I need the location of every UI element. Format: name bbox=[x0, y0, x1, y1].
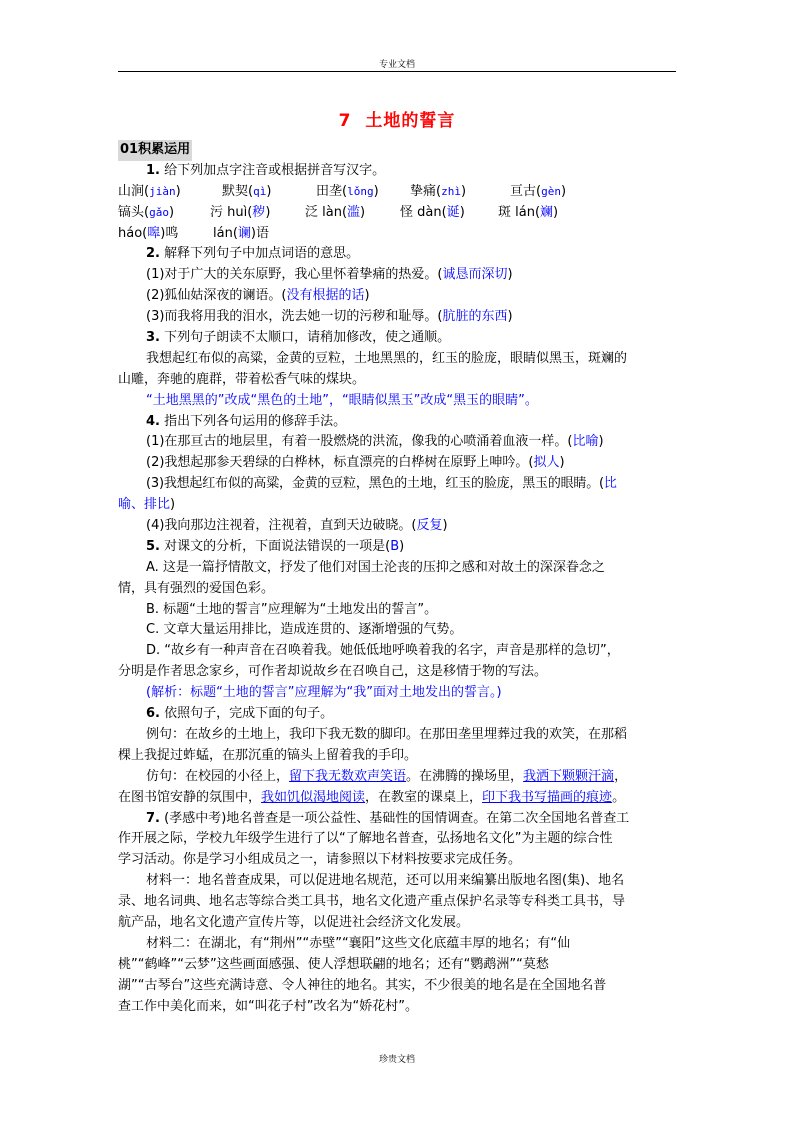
question-2-item-1: (1)对于广大的关东原野，我心里怀着挚痛的热爱。(诚恳而深切) bbox=[118, 265, 676, 286]
question-number: 7. bbox=[146, 811, 160, 826]
question-6-imitation-cont: 在图书馆安静的氛围中，我如饥似渴地阅读，在教室的课桌上，印下我书写描画的痕迹。 bbox=[118, 788, 676, 809]
pinyin-row-1: 山涧(jiàn) 默契(qì) 田垄(lǒng) 挚痛(zhì) 亘古(gèn) bbox=[118, 182, 676, 203]
section-badge: 01积累运用 bbox=[118, 140, 192, 161]
question-2-item-2: (2)狐仙姑深夜的谰语。(没有根据的话) bbox=[118, 286, 676, 307]
question-7-prompt: 7. (孝感中考)地名普查是一项公益性、基础性的国情调查。在第二次全国地名普查工 bbox=[118, 809, 676, 830]
answer-text: 喻、排比 bbox=[118, 497, 170, 512]
option-c: C. 文章大量运用排比，造成连贯的、逐渐增强的气势。 bbox=[118, 620, 676, 641]
question-3-answer: “土地黑黑的”改成“黑色的土地”，“眼睛似黑玉”改成“黑玉的眼睛”。 bbox=[118, 391, 676, 412]
pinyin-row-2: 镐头(gǎo) 污 huì(秽) 泛 làn(滥) 怪 dàn(诞) 斑 lán… bbox=[118, 203, 676, 224]
question-number: 5. bbox=[146, 539, 160, 554]
question-6-imitation: 仿句：在校园的小径上，留下我无数欢声笑语。在沸腾的操场里，我洒下颗颗汗滴， bbox=[118, 767, 676, 788]
option-d: D. “故乡有一种声音在召唤着我。她低低地呼唤着我的名字，声音是那样的急切”， bbox=[118, 641, 676, 662]
answer-text: 我洒下颗颗汗滴 bbox=[523, 769, 614, 784]
question-4-item-1: (1)在那亘古的地层里，有着一股燃烧的洪流，像我的心喷涌着血液一样。(比喻) bbox=[118, 432, 676, 453]
question-4-item-4: (4)我向那边注视着，注视着，直到天边破晓。(反复) bbox=[118, 516, 676, 537]
pinyin-item: 斑 lán(斓) bbox=[498, 203, 558, 224]
answer-text: 比 bbox=[604, 476, 617, 491]
question-3-sentence-cont: 山雕，奔驰的鹿群，带着松香气味的煤块。 bbox=[118, 370, 676, 391]
pinyin-item: 怪 dàn(诞) bbox=[400, 203, 465, 224]
option-a: A. 这是一篇抒情散文，抒发了他们对国土沦丧的压抑之感和对故土的深深眷念之 bbox=[118, 558, 676, 579]
header-divider bbox=[118, 71, 676, 72]
question-number: 1. bbox=[146, 163, 160, 178]
lesson-number: 7 bbox=[339, 111, 352, 131]
question-1-prompt: 1. 给下列加点字注音或根据拼音写汉字。 bbox=[118, 161, 676, 182]
question-6-example: 例句：在故乡的土地上，我印下我无数的脚印。在那田垄里埋葬过我的欢笑，在那稻 bbox=[118, 725, 676, 746]
question-2-item-3: (3)而我将用我的泪水，洗去她一切的污秽和耻辱。(肮脏的东西) bbox=[118, 307, 676, 328]
question-7-text-cont: 作开展之际，学校九年级学生进行了以“了解地名普查，弘扬地名文化”为主题的综合性 bbox=[118, 829, 676, 850]
question-6-prompt: 6. 依照句子，完成下面的句子。 bbox=[118, 704, 676, 725]
question-text: 下列句子朗读不太顺口，请稍加修改，使之通顺。 bbox=[164, 330, 450, 345]
page-footer: 珍贵文档 bbox=[0, 1052, 794, 1065]
material-1-cont: 航产品，地名文化遗产宣传片等，以促进社会经济文化发展。 bbox=[118, 913, 676, 934]
question-5-analysis: (解析：标题“土地的誓言”应理解为“我”面对土地发出的誓言。) bbox=[118, 683, 676, 704]
answer-text: 印下我书写描画的痕迹 bbox=[482, 790, 612, 805]
option-b: B. 标题“土地的誓言”应理解为“土地发出的誓言”。 bbox=[118, 600, 676, 621]
material-2-cont: 湖”“古琴台”这些充满诗意、令人神往的地名。其实，不少很美的地名是在全国地名普 bbox=[118, 976, 676, 997]
question-text: 依照句子，完成下面的句子。 bbox=[164, 706, 333, 721]
material-2-cont: 查工作中美化而来，如“叫花子村”改名为“娇花村”。 bbox=[118, 997, 676, 1018]
answer-text: 比喻 bbox=[573, 434, 599, 449]
question-3-prompt: 3. 下列句子朗读不太顺口，请稍加修改，使之通顺。 bbox=[118, 328, 676, 349]
pinyin-item: 山涧(jiàn) bbox=[118, 182, 181, 203]
pinyin-row-3: háo(嗥)鸣 lán(谰)语 bbox=[118, 224, 676, 245]
answer-text: B bbox=[390, 539, 399, 554]
section-label: 积累运用 bbox=[138, 142, 190, 157]
pinyin-item: 挚痛(zhì) bbox=[410, 182, 466, 203]
question-5-prompt: 5. 对课文的分析，下面说法错误的一项是(B) bbox=[118, 537, 676, 558]
document-body: 01积累运用 1. 给下列加点字注音或根据拼音写汉字。 山涧(jiàn) 默契(… bbox=[118, 140, 676, 1017]
answer-text: 没有根据的话 bbox=[287, 288, 365, 303]
question-3-sentence: 我想起红布似的高粱，金黄的豆粒，土地黑黑的，红玉的脸庞，眼睛似黑玉，斑斓的 bbox=[118, 349, 676, 370]
material-1-cont: 录、地名词典、地名志等综合类工具书，地名文化遗产重点保护名录等专科类工具书，导 bbox=[118, 892, 676, 913]
material-2: 材料二：在湖北，有“荆州”“赤壁”“襄阳”这些文化底蕴丰厚的地名；有“仙 bbox=[118, 934, 676, 955]
lesson-title-text: 土地的誓言 bbox=[365, 111, 455, 131]
material-2-cont: 桃”“鹤峰”“云梦”这些画面感强、使人浮想联翩的地名；还有“鹦鹉洲”“莫愁 bbox=[118, 955, 676, 976]
section-number: 01 bbox=[120, 142, 138, 157]
option-a-cont: 情，具有强烈的爱国色彩。 bbox=[118, 579, 676, 600]
question-2-prompt: 2. 解释下列句子中加点词语的意思。 bbox=[118, 244, 676, 265]
lesson-title: 7土地的誓言 bbox=[0, 106, 794, 131]
pinyin-item: 污 huì(秽) bbox=[210, 203, 270, 224]
pinyin-item: lán(谰)语 bbox=[213, 224, 269, 245]
question-number: 2. bbox=[146, 246, 160, 261]
question-text: 指出下列各句运用的修辞手法。 bbox=[164, 414, 346, 429]
pinyin-item: 镐头(gǎo) bbox=[118, 203, 174, 224]
answer-text: 留下我无数欢声笑语 bbox=[289, 769, 406, 784]
answer-text: 反复 bbox=[417, 518, 443, 533]
answer-text: 肮脏的东西 bbox=[443, 309, 508, 324]
answer-text: 拟人 bbox=[534, 455, 560, 470]
question-number: 3. bbox=[146, 330, 160, 345]
question-text: (孝感中考)地名普查是一项公益性、基础性的国情调查。在第二次全国地名普查工 bbox=[164, 811, 629, 826]
question-4-item-2: (2)我想起那参天碧绿的白桦林，标直漂亮的白桦树在原野上呻吟。(拟人) bbox=[118, 453, 676, 474]
pinyin-item: 默契(qì) bbox=[222, 182, 271, 203]
section-header: 01积累运用 bbox=[118, 140, 676, 161]
answer-text: 诚恳而深切 bbox=[443, 267, 508, 282]
question-text: 对课文的分析，下面说法错误的一项是( bbox=[164, 539, 390, 554]
question-4-prompt: 4. 指出下列各句运用的修辞手法。 bbox=[118, 412, 676, 433]
question-4-item-3-cont: 喻、排比) bbox=[118, 495, 676, 516]
pinyin-item: 亘古(gèn) bbox=[510, 182, 566, 203]
question-text: 给下列加点字注音或根据拼音写汉字。 bbox=[164, 163, 385, 178]
answer-text: 我如饥似渴地阅读 bbox=[261, 790, 365, 805]
question-number: 6. bbox=[146, 706, 160, 721]
material-1: 材料一：地名普查成果，可以促进地名规范，还可以用来编纂出版地名图(集)、地名 bbox=[118, 871, 676, 892]
question-number: 4. bbox=[146, 414, 160, 429]
question-6-example-cont: 棵上我捉过蚱蜢，在那沉重的镐头上留着我的手印。 bbox=[118, 746, 676, 767]
pinyin-item: 田垄(lǒng) bbox=[316, 182, 379, 203]
question-text: 解释下列句子中加点词语的意思。 bbox=[164, 246, 359, 261]
pinyin-item: 泛 làn(滥) bbox=[305, 203, 365, 224]
question-7-text-cont: 学习活动。你是学习小组成员之一，请参照以下材料按要求完成任务。 bbox=[118, 850, 676, 871]
pinyin-item: háo(嗥)鸣 bbox=[118, 224, 178, 245]
page-header: 专业文档 bbox=[0, 57, 794, 70]
question-4-item-3: (3)我想起红布似的高粱，金黄的豆粒，黑色的土地，红玉的脸庞，黑玉的眼睛。(比 bbox=[118, 474, 676, 495]
option-d-cont: 分明是作者思念家乡，可作者却说故乡在召唤自己，这是移情于物的写法。 bbox=[118, 662, 676, 683]
